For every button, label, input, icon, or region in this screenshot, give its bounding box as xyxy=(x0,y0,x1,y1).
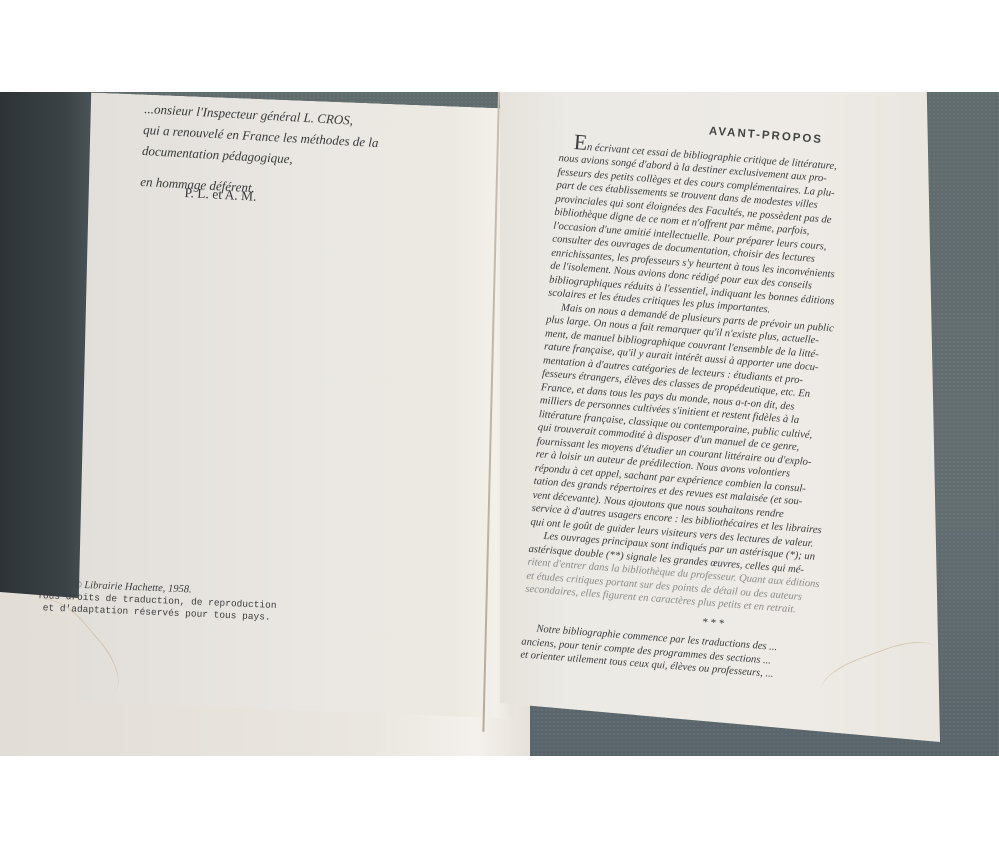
foreword: AVANT-PROPOS En écrivant cet essai de bi… xyxy=(520,114,941,691)
photo-scene: ...onsieur l'Inspecteur général L. CROS,… xyxy=(0,92,999,756)
dedication: ...onsieur l'Inspecteur général L. CROS,… xyxy=(140,98,381,205)
foreword-body: En écrivant cet essai de bibliographie c… xyxy=(525,133,939,625)
